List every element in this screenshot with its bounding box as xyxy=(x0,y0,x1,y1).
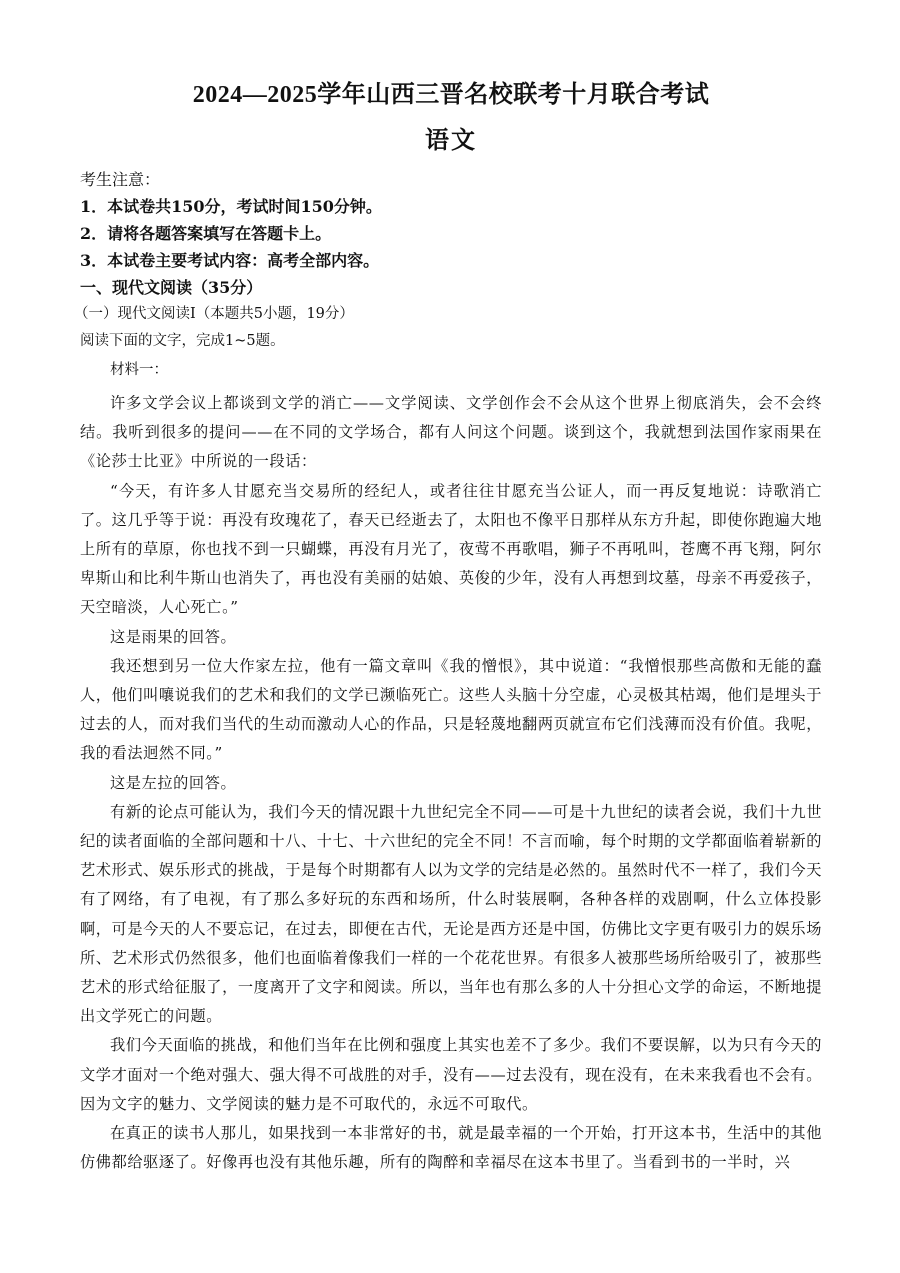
passage-paragraph: 有新的论点可能认为，我们今天的情况跟十九世纪完全不同——可是十九世纪的读者会说，… xyxy=(80,798,822,1032)
reading-passage: 许多文学会议上都谈到文学的消亡——文学阅读、文学创作会不会从这个世界上彻底消失，… xyxy=(80,389,822,1177)
passage-paragraph: 许多文学会议上都谈到文学的消亡——文学阅读、文学创作会不会从这个世界上彻底消失，… xyxy=(80,389,822,477)
notice-item: 1．本试卷共150分，考试时间150分钟。 xyxy=(80,193,822,220)
exam-title: 2024—2025学年山西三晋名校联考十月联合考试 xyxy=(80,79,822,111)
passage-paragraph: 在真正的读书人那儿，如果找到一本非常好的书，就是最幸福的一个开始，打开这本书，生… xyxy=(80,1119,822,1177)
passage-paragraph: 我们今天面临的挑战，和他们当年在比例和强度上其实也差不了多少。我们不要误解，以为… xyxy=(80,1031,822,1119)
section-heading: 一、现代文阅读（35分） xyxy=(80,274,822,301)
notice-heading: 考生注意： xyxy=(80,166,822,193)
passage-paragraph: 这是雨果的回答。 xyxy=(80,623,822,652)
subsection-heading: （一）现代文阅读Ⅰ（本题共5小题，19分） xyxy=(74,301,822,328)
reading-instruction: 阅读下面的文字，完成1~5题。 xyxy=(80,328,822,356)
notice-item: 3．本试卷主要考试内容：高考全部内容。 xyxy=(80,247,822,274)
candidate-notice: 考生注意： 1．本试卷共150分，考试时间150分钟。 2．请将各题答案填写在答… xyxy=(80,166,822,384)
passage-paragraph: 这是左拉的回答。 xyxy=(80,769,822,798)
exam-subject: 语文 xyxy=(80,124,822,156)
passage-paragraph: “今天，有许多人甘愿充当交易所的经纪人，或者往往甘愿充当公证人，而一再反复地说：… xyxy=(80,477,822,623)
notice-item: 2．请将各题答案填写在答题卡上。 xyxy=(80,220,822,247)
material-label: 材料一： xyxy=(80,356,822,384)
passage-paragraph: 我还想到另一位大作家左拉，他有一篇文章叫《我的憎恨》，其中说道：“我憎恨那些高傲… xyxy=(80,652,822,769)
